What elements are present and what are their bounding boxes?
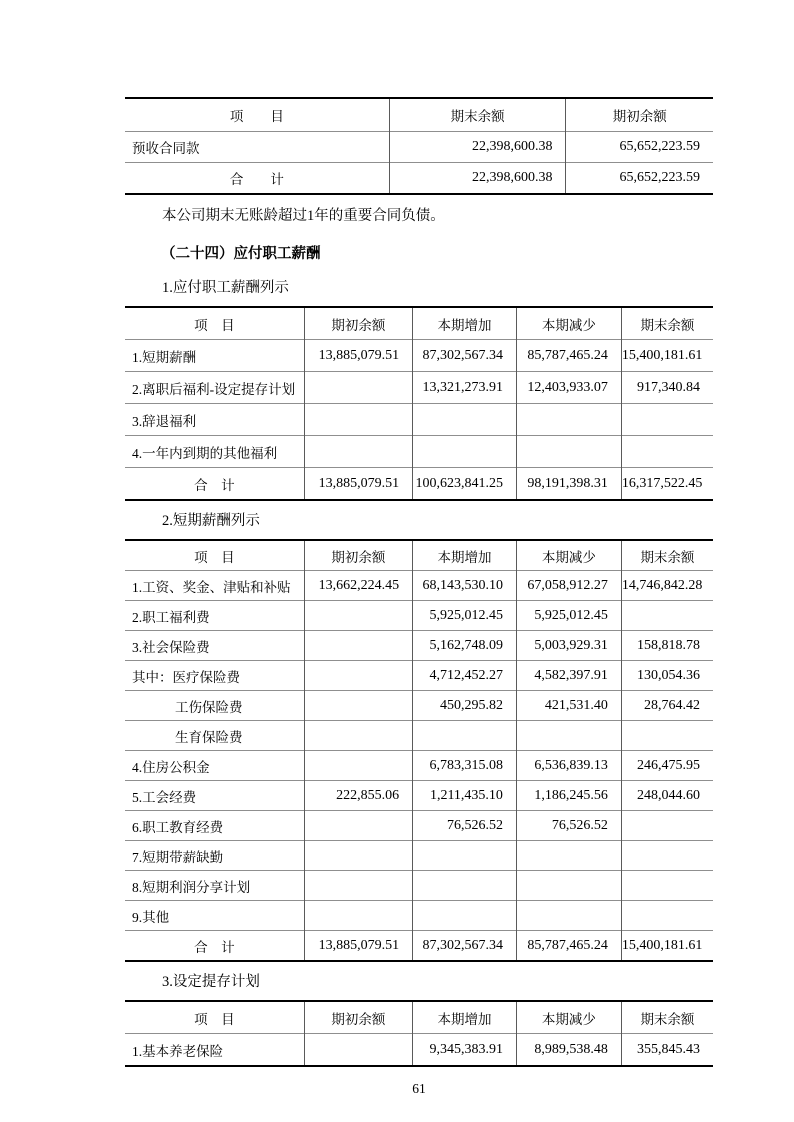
section-heading: （二十四）应付职工薪酬 bbox=[125, 244, 713, 264]
table-row: 7.短期带薪缺勤 bbox=[125, 841, 713, 871]
value-cell: 76,526.52 bbox=[413, 811, 517, 841]
value-cell: 917,340.84 bbox=[621, 372, 713, 404]
value-cell bbox=[304, 601, 412, 631]
value-cell: 222,855.06 bbox=[304, 781, 412, 811]
table-header-row: 项 目期初余额本期增加本期减少期末余额 bbox=[125, 307, 713, 340]
column-header: 本期增加 bbox=[413, 307, 517, 340]
value-cell: 5,003,929.31 bbox=[516, 631, 621, 661]
item-cell: 预收合同款 bbox=[125, 132, 389, 163]
table-row: 5.工会经费222,855.061,211,435.101,186,245.56… bbox=[125, 781, 713, 811]
column-header: 期末余额 bbox=[621, 307, 713, 340]
table-row: 8.短期利润分享计划 bbox=[125, 871, 713, 901]
value-cell bbox=[413, 871, 517, 901]
value-cell bbox=[413, 721, 517, 751]
column-header: 本期增加 bbox=[413, 1001, 517, 1034]
column-header: 期初余额 bbox=[304, 1001, 412, 1034]
column-header: 项 目 bbox=[125, 540, 304, 571]
value-cell: 158,818.78 bbox=[621, 631, 713, 661]
value-cell: 87,302,567.34 bbox=[413, 340, 517, 372]
value-cell: 67,058,912.27 bbox=[516, 571, 621, 601]
column-header: 本期减少 bbox=[516, 1001, 621, 1034]
value-cell bbox=[413, 901, 517, 931]
item-cell: 1.短期薪酬 bbox=[125, 340, 304, 372]
total-row: 合 计13,885,079.5187,302,567.3485,787,465.… bbox=[125, 931, 713, 962]
value-cell bbox=[304, 721, 412, 751]
value-cell: 246,475.95 bbox=[621, 751, 713, 781]
value-cell: 8,989,538.48 bbox=[516, 1034, 621, 1067]
value-cell: 130,054.36 bbox=[621, 661, 713, 691]
column-header: 期末余额 bbox=[389, 98, 566, 132]
value-cell: 15,400,181.61 bbox=[621, 340, 713, 372]
item-cell: 合 计 bbox=[125, 468, 304, 501]
value-cell: 5,925,012.45 bbox=[516, 601, 621, 631]
value-cell bbox=[304, 871, 412, 901]
value-cell: 248,044.60 bbox=[621, 781, 713, 811]
value-cell bbox=[304, 1034, 412, 1067]
column-header: 期末余额 bbox=[621, 540, 713, 571]
value-cell: 9,345,383.91 bbox=[413, 1034, 517, 1067]
value-cell bbox=[304, 372, 412, 404]
item-cell: 3.辞退福利 bbox=[125, 404, 304, 436]
value-cell: 12,403,933.07 bbox=[516, 372, 621, 404]
column-header: 本期减少 bbox=[516, 307, 621, 340]
item-cell: 生育保险费 bbox=[125, 721, 304, 751]
item-cell: 其中：医疗保险费 bbox=[125, 661, 304, 691]
value-cell: 4,582,397.91 bbox=[516, 661, 621, 691]
table-header-row: 项 目期初余额本期增加本期减少期末余额 bbox=[125, 1001, 713, 1034]
value-cell: 16,317,522.45 bbox=[621, 468, 713, 501]
value-cell bbox=[621, 901, 713, 931]
value-cell bbox=[304, 751, 412, 781]
value-cell bbox=[621, 436, 713, 468]
value-cell bbox=[621, 811, 713, 841]
value-cell bbox=[413, 404, 517, 436]
value-cell bbox=[413, 841, 517, 871]
column-header: 期初余额 bbox=[304, 307, 412, 340]
column-header: 期初余额 bbox=[566, 98, 713, 132]
sub-heading-payroll-list: 1.应付职工薪酬列示 bbox=[125, 278, 713, 298]
table-row: 2.职工福利费5,925,012.455,925,012.45 bbox=[125, 601, 713, 631]
item-cell: 9.其他 bbox=[125, 901, 304, 931]
value-cell bbox=[304, 436, 412, 468]
item-cell: 3.社会保险费 bbox=[125, 631, 304, 661]
table-row: 1.基本养老保险9,345,383.918,989,538.48355,845.… bbox=[125, 1034, 713, 1067]
sub-heading-defined-contribution: 3.设定提存计划 bbox=[125, 972, 713, 992]
value-cell bbox=[304, 841, 412, 871]
value-cell: 6,536,839.13 bbox=[516, 751, 621, 781]
item-cell: 4.一年内到期的其他福利 bbox=[125, 436, 304, 468]
column-header: 项 目 bbox=[125, 307, 304, 340]
value-cell: 13,885,079.51 bbox=[304, 468, 412, 501]
value-cell: 1,211,435.10 bbox=[413, 781, 517, 811]
value-cell: 13,885,079.51 bbox=[304, 340, 412, 372]
table-row: 9.其他 bbox=[125, 901, 713, 931]
short-term-salary-table: 项 目期初余额本期增加本期减少期末余额1.工资、奖金、津贴和补贴13,662,2… bbox=[125, 539, 713, 962]
value-cell: 13,885,079.51 bbox=[304, 931, 412, 962]
value-cell bbox=[413, 436, 517, 468]
value-cell bbox=[304, 661, 412, 691]
item-cell: 4.住房公积金 bbox=[125, 751, 304, 781]
value-cell bbox=[516, 404, 621, 436]
value-cell bbox=[516, 721, 621, 751]
value-cell bbox=[516, 901, 621, 931]
item-cell: 2.职工福利费 bbox=[125, 601, 304, 631]
table-header-row: 项 目期初余额本期增加本期减少期末余额 bbox=[125, 540, 713, 571]
item-cell: 8.短期利润分享计划 bbox=[125, 871, 304, 901]
item-cell: 2.离职后福利-设定提存计划 bbox=[125, 372, 304, 404]
defined-contribution-table: 项 目期初余额本期增加本期减少期末余额1.基本养老保险9,345,383.918… bbox=[125, 1000, 713, 1067]
table-row: 其中：医疗保险费4,712,452.274,582,397.91130,054.… bbox=[125, 661, 713, 691]
value-cell bbox=[304, 631, 412, 661]
table-row: 4.住房公积金6,783,315.086,536,839.13246,475.9… bbox=[125, 751, 713, 781]
value-cell bbox=[516, 871, 621, 901]
value-cell bbox=[304, 404, 412, 436]
value-cell: 4,712,452.27 bbox=[413, 661, 517, 691]
value-cell bbox=[621, 404, 713, 436]
value-cell bbox=[621, 841, 713, 871]
value-cell: 355,845.43 bbox=[621, 1034, 713, 1067]
item-cell: 7.短期带薪缺勤 bbox=[125, 841, 304, 871]
value-cell: 13,662,224.45 bbox=[304, 571, 412, 601]
payroll-summary-table: 项 目期初余额本期增加本期减少期末余额1.短期薪酬13,885,079.5187… bbox=[125, 306, 713, 501]
value-cell: 65,652,223.59 bbox=[566, 132, 713, 163]
total-row: 合 计13,885,079.51100,623,841.2598,191,398… bbox=[125, 468, 713, 501]
column-header: 期末余额 bbox=[621, 1001, 713, 1034]
item-cell: 6.职工教育经费 bbox=[125, 811, 304, 841]
value-cell: 65,652,223.59 bbox=[566, 163, 713, 195]
value-cell: 85,787,465.24 bbox=[516, 931, 621, 962]
table-row: 4.一年内到期的其他福利 bbox=[125, 436, 713, 468]
document-page: 项 目期末余额期初余额预收合同款22,398,600.3865,652,223.… bbox=[0, 0, 794, 1122]
value-cell: 76,526.52 bbox=[516, 811, 621, 841]
value-cell: 450,295.82 bbox=[413, 691, 517, 721]
item-cell: 1.工资、奖金、津贴和补贴 bbox=[125, 571, 304, 601]
item-cell: 工伤保险费 bbox=[125, 691, 304, 721]
column-header: 本期增加 bbox=[413, 540, 517, 571]
column-header: 项 目 bbox=[125, 1001, 304, 1034]
table-header-row: 项 目期末余额期初余额 bbox=[125, 98, 713, 132]
table-row: 2.离职后福利-设定提存计划13,321,273.9112,403,933.07… bbox=[125, 372, 713, 404]
value-cell: 87,302,567.34 bbox=[413, 931, 517, 962]
table-row: 3.辞退福利 bbox=[125, 404, 713, 436]
value-cell bbox=[621, 721, 713, 751]
value-cell: 100,623,841.25 bbox=[413, 468, 517, 501]
value-cell bbox=[304, 901, 412, 931]
value-cell: 6,783,315.08 bbox=[413, 751, 517, 781]
item-cell: 1.基本养老保险 bbox=[125, 1034, 304, 1067]
value-cell: 28,764.42 bbox=[621, 691, 713, 721]
value-cell: 22,398,600.38 bbox=[389, 163, 566, 195]
value-cell: 1,186,245.56 bbox=[516, 781, 621, 811]
value-cell: 14,746,842.28 bbox=[621, 571, 713, 601]
table-row: 1.短期薪酬13,885,079.5187,302,567.3485,787,4… bbox=[125, 340, 713, 372]
value-cell: 98,191,398.31 bbox=[516, 468, 621, 501]
value-cell bbox=[516, 841, 621, 871]
item-cell: 合 计 bbox=[125, 931, 304, 962]
value-cell: 13,321,273.91 bbox=[413, 372, 517, 404]
value-cell bbox=[304, 811, 412, 841]
value-cell: 5,162,748.09 bbox=[413, 631, 517, 661]
item-cell: 合 计 bbox=[125, 163, 389, 195]
value-cell: 15,400,181.61 bbox=[621, 931, 713, 962]
column-header: 本期减少 bbox=[516, 540, 621, 571]
table-row: 预收合同款22,398,600.3865,652,223.59 bbox=[125, 132, 713, 163]
value-cell: 85,787,465.24 bbox=[516, 340, 621, 372]
page-number: 61 bbox=[125, 1081, 713, 1097]
total-row: 合 计22,398,600.3865,652,223.59 bbox=[125, 163, 713, 195]
note-paragraph: 本公司期末无账龄超过1年的重要合同负债。 bbox=[125, 206, 713, 226]
value-cell: 421,531.40 bbox=[516, 691, 621, 721]
contract-liability-table: 项 目期末余额期初余额预收合同款22,398,600.3865,652,223.… bbox=[125, 97, 713, 195]
column-header: 期初余额 bbox=[304, 540, 412, 571]
value-cell bbox=[621, 871, 713, 901]
table-row: 1.工资、奖金、津贴和补贴13,662,224.4568,143,530.106… bbox=[125, 571, 713, 601]
value-cell bbox=[304, 691, 412, 721]
value-cell: 22,398,600.38 bbox=[389, 132, 566, 163]
sub-heading-short-term-salary: 2.短期薪酬列示 bbox=[125, 511, 713, 531]
table-row: 生育保险费 bbox=[125, 721, 713, 751]
table-row: 3.社会保险费5,162,748.095,003,929.31158,818.7… bbox=[125, 631, 713, 661]
column-header: 项 目 bbox=[125, 98, 389, 132]
value-cell: 68,143,530.10 bbox=[413, 571, 517, 601]
item-cell: 5.工会经费 bbox=[125, 781, 304, 811]
value-cell bbox=[621, 601, 713, 631]
table-row: 6.职工教育经费76,526.5276,526.52 bbox=[125, 811, 713, 841]
value-cell bbox=[516, 436, 621, 468]
table-row: 工伤保险费450,295.82421,531.4028,764.42 bbox=[125, 691, 713, 721]
value-cell: 5,925,012.45 bbox=[413, 601, 517, 631]
